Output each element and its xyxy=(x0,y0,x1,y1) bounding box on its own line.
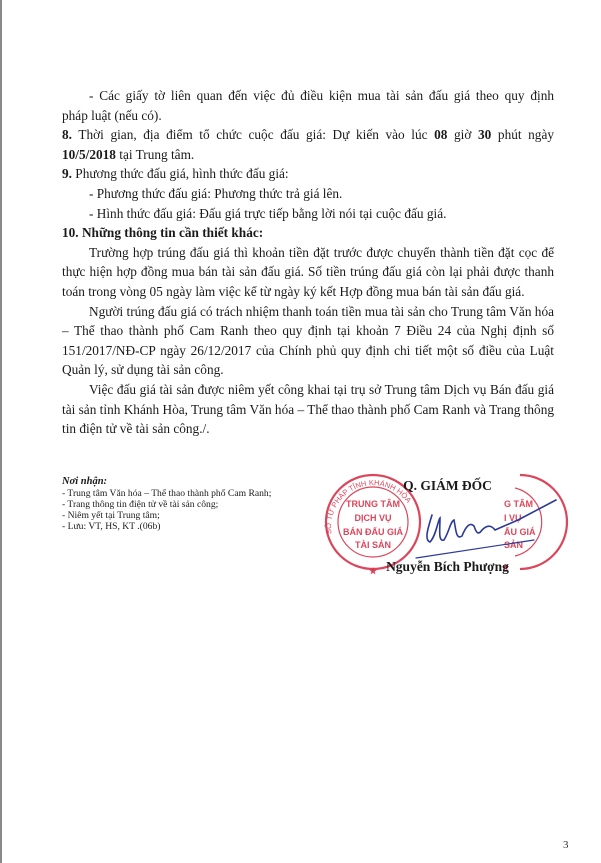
svg-text:TRUNG TÂM: TRUNG TÂM xyxy=(346,498,400,509)
paragraph-deposit: Trường hợp trúng đấu giá thì khoản tiền … xyxy=(62,243,554,302)
item-text: phút ngày xyxy=(491,127,554,142)
auction-minute: 30 xyxy=(478,127,491,142)
scan-edge xyxy=(0,0,2,863)
recipients-block: Nơi nhận: - Trung tâm Văn hóa – Thể thao… xyxy=(62,476,271,532)
paragraph-posting: Việc đấu giá tài sản được niêm yết công … xyxy=(62,380,554,439)
svg-text:BÁN ĐẤU GIÁ: BÁN ĐẤU GIÁ xyxy=(343,527,403,537)
auction-hour: 08 xyxy=(434,127,447,142)
recipient-item: - Trung tâm Văn hóa – Thể thao thành phố… xyxy=(62,488,271,499)
document-body: - Các giấy tờ liên quan đến việc đủ điều… xyxy=(62,86,554,439)
item-text: Thời gian, địa điểm tổ chức cuộc đấu giá… xyxy=(72,127,434,142)
auction-form: - Hình thức đấu giá: Đấu giá trực tiếp b… xyxy=(62,204,554,224)
requirement-line: - Các giấy tờ liên quan đến việc đủ điều… xyxy=(62,86,554,106)
item-number: 9. xyxy=(62,166,72,181)
item-number: 8. xyxy=(62,127,72,142)
page-number: 3 xyxy=(563,839,569,851)
item-9: 9. Phương thức đấu giá, hình thức đấu gi… xyxy=(62,164,554,184)
signer-title: Q. GIÁM ĐỐC xyxy=(320,478,575,494)
auction-method: - Phương thức đấu giá: Phương thức trả g… xyxy=(62,184,554,204)
svg-text:ẤU GIÁ: ẤU GIÁ xyxy=(504,527,536,537)
svg-text:TÀI SẢN: TÀI SẢN xyxy=(355,539,391,550)
recipient-item: - Lưu: VT, HS, KT .(06b) xyxy=(62,521,271,532)
recipient-item: - Trang thông tin điện tử về tài sản côn… xyxy=(62,499,271,510)
recipients-title: Nơi nhận: xyxy=(62,476,271,487)
paragraph-payment: Người trúng đấu giá có trách nhiệm thanh… xyxy=(62,302,554,380)
item-text: giờ xyxy=(447,127,478,142)
item-10-heading: 10. Những thông tin cần thiết khác: xyxy=(62,223,554,243)
svg-text:G TÂM: G TÂM xyxy=(504,498,533,509)
item-8-cont: 10/5/2018 tại Trung tâm. xyxy=(62,145,554,165)
signature-block: TRUNG TÂM DỊCH VỤ BÁN ĐẤU GIÁ TÀI SẢN ★ … xyxy=(320,470,601,590)
recipient-item: - Niêm yết tại Trung tâm; xyxy=(62,510,271,521)
svg-text:DỊCH VỤ: DỊCH VỤ xyxy=(354,513,391,523)
item-text: tại Trung tâm. xyxy=(116,147,194,162)
auction-date: 10/5/2018 xyxy=(62,147,116,162)
signer-name: Nguyễn Bích Phượng xyxy=(320,559,575,575)
item-8: 8. Thời gian, địa điểm tổ chức cuộc đấu … xyxy=(62,125,554,145)
item-text: Phương thức đấu giá, hình thức đấu giá: xyxy=(72,166,289,181)
requirement-line-cont: pháp luật (nếu có). xyxy=(62,106,554,126)
